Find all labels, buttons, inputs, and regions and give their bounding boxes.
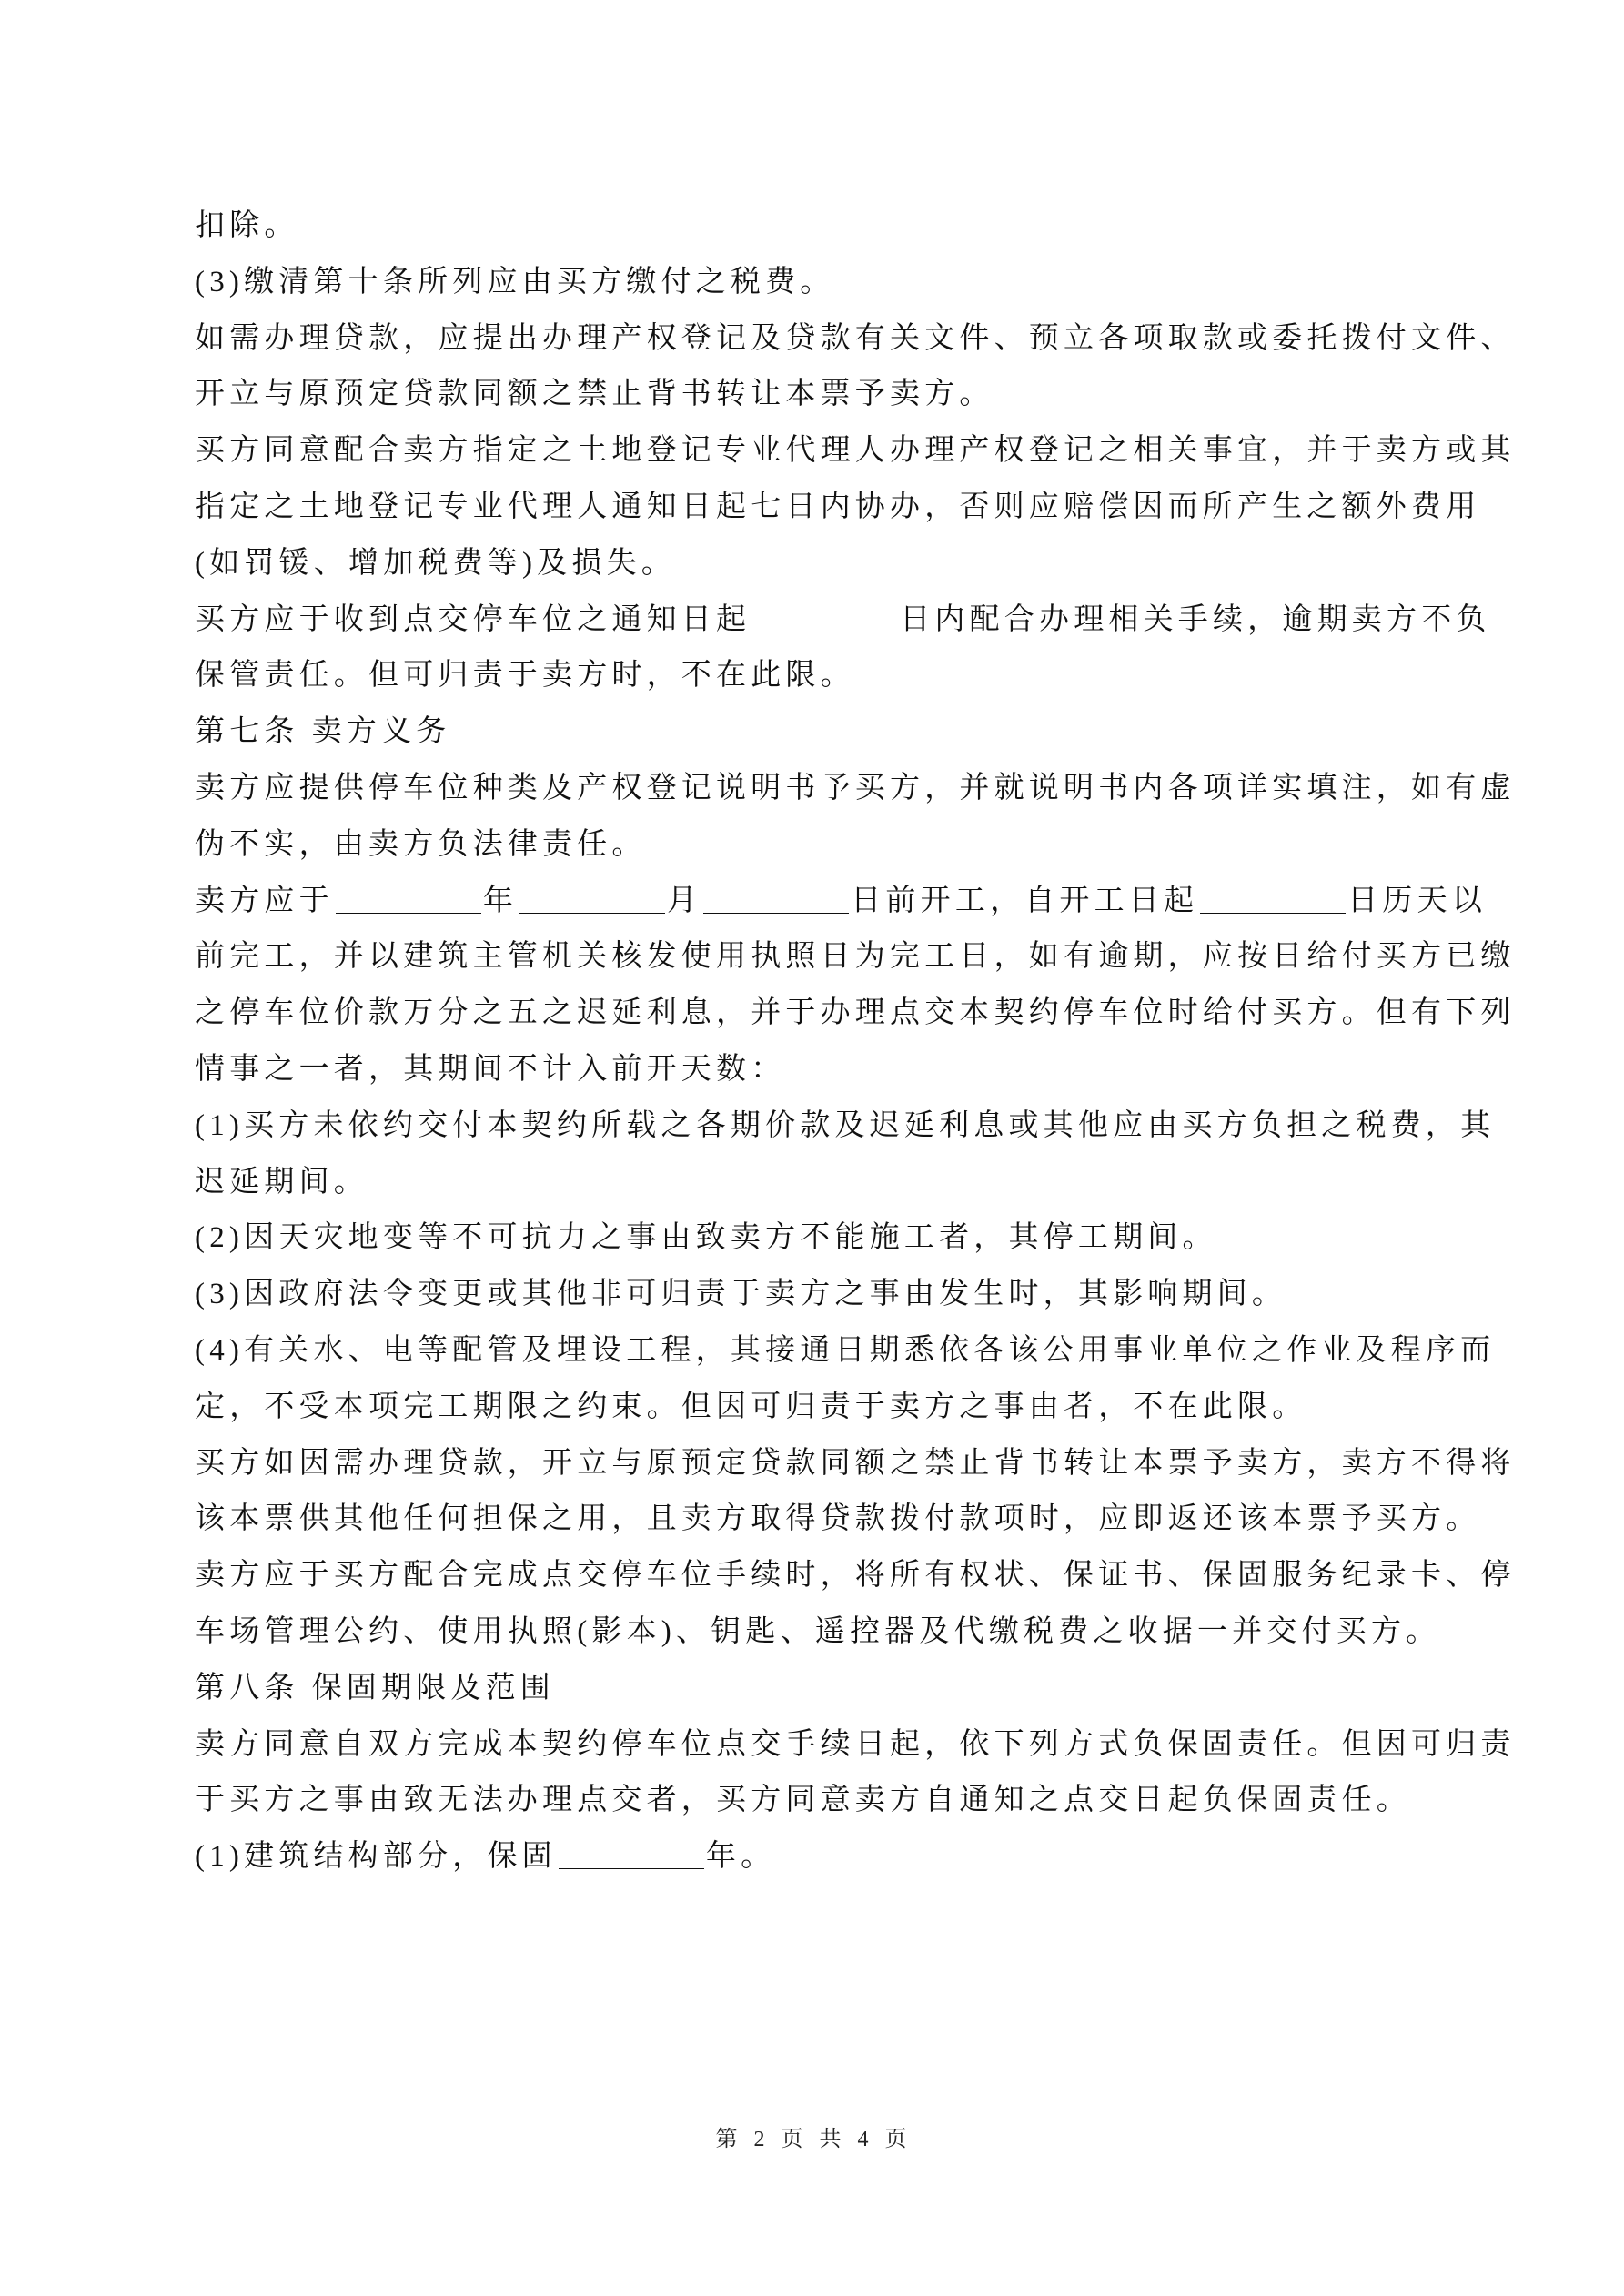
list-item: (2)因天灾地变等不可抗力之事由致卖方不能施工者，其停工期间。 xyxy=(195,1210,1432,1267)
list-item: (4)有关水、电等配管及埋设工程，其接通日期悉依各该公用事业单位之作业及程序而 xyxy=(195,1323,1432,1380)
text-line: 前完工，并以建筑主管机关核发使用执照日为完工日，如有逾期，应按日给付买方已缴 xyxy=(195,929,1432,986)
text-line: 开立与原预定贷款同额之禁止背书转让本票予卖方。 xyxy=(195,367,1432,423)
line-text: 情事之一者，其期间不计入前开天数： xyxy=(195,1053,785,1086)
text-line: 卖方应提供停车位种类及产权登记说明书予买方，并就说明书内各项详实填注，如有虚 xyxy=(195,761,1432,817)
line-text: 年。 xyxy=(706,1840,775,1873)
text-line: 扣除。 xyxy=(195,198,1432,255)
fill-in-blank-month xyxy=(519,885,665,914)
line-text: 日前开工，自开工日起 xyxy=(851,885,1198,917)
line-text: 卖方同意自双方完成本契约停车位点交手续日起，依下列方式负保固责任。但因可归责 xyxy=(195,1728,1516,1761)
text-line: 保管责任。但可归责于卖方时，不在此限。 xyxy=(195,648,1432,704)
line-text: 日历天以 xyxy=(1347,885,1487,917)
line-text: 车场管理公约、使用执照(影本)、钥匙、遥控器及代缴税费之收据一并交付买方。 xyxy=(195,1615,1440,1648)
line-text: 迟延期间。 xyxy=(195,1166,368,1199)
page-number-footer: 第 2 页 共 4 页 xyxy=(0,2120,1624,2152)
text-line: 情事之一者，其期间不计入前开天数： xyxy=(195,1042,1432,1098)
line-text: 日内配合办理相关手续，逾期卖方不负 xyxy=(900,603,1490,636)
line-text: 买方同意配合卖方指定之土地登记专业代理人办理产权登记之相关事宜，并于卖方或其 xyxy=(195,434,1516,467)
text-line-with-blank: 买方应于收到点交停车位之通知日起日内配合办理相关手续，逾期卖方不负 xyxy=(195,592,1432,649)
line-text: 定，不受本项完工期限之约束。但因可归责于卖方之事由者，不在此限。 xyxy=(195,1391,1306,1423)
fill-in-blank-day xyxy=(703,885,849,914)
line-text: 该本票供其他任何担保之用，且卖方取得贷款拨付款项时，应即返还该本票予买方。 xyxy=(195,1502,1480,1535)
article-heading-7: 第七条卖方义务 xyxy=(195,704,1432,761)
text-line: 车场管理公约、使用执照(影本)、钥匙、遥控器及代缴税费之收据一并交付买方。 xyxy=(195,1604,1432,1661)
line-text: 之停车位价款万分之五之迟延利息，并于办理点交本契约停车位时给付买方。但有下列 xyxy=(195,996,1516,1029)
list-item: (3)缴清第十条所列应由买方缴付之税费。 xyxy=(195,255,1432,311)
article-number: 第八条 xyxy=(195,1672,299,1704)
text-line: (如罚锾、增加税费等)及损失。 xyxy=(195,536,1432,592)
article-number: 第七条 xyxy=(195,715,299,748)
line-text: (3)因政府法令变更或其他非可归责于卖方之事由发生时，其影响期间。 xyxy=(195,1278,1286,1310)
article-title: 保固期限及范围 xyxy=(312,1672,555,1704)
line-text: (1)建筑结构部分，保固 xyxy=(195,1840,557,1873)
line-text: 卖方应于 xyxy=(195,885,334,917)
text-line: 之停车位价款万分之五之迟延利息，并于办理点交本契约停车位时给付买方。但有下列 xyxy=(195,986,1432,1042)
line-text: 买方如因需办理贷款，开立与原预定贷款同额之禁止背书转让本票予卖方，卖方不得将 xyxy=(195,1447,1516,1480)
article-heading-8: 第八条保固期限及范围 xyxy=(195,1661,1432,1717)
text-line: 如需办理贷款，应提出办理产权登记及贷款有关文件、预立各项取款或委托拨付文件、 xyxy=(195,311,1432,368)
article-title: 卖方义务 xyxy=(312,715,451,748)
line-text: 保管责任。但可归责于卖方时，不在此限。 xyxy=(195,659,855,692)
document-page: 扣除。 (3)缴清第十条所列应由买方缴付之税费。 如需办理贷款，应提出办理产权登… xyxy=(0,0,1624,2296)
line-text: 开立与原预定贷款同额之禁止背书转让本票予卖方。 xyxy=(195,378,994,410)
text-line: 伪不实，由卖方负法律责任。 xyxy=(195,817,1432,874)
line-text: (1)买方未依约交付本契约所载之各期价款及迟延利息或其他应由买方负担之税费，其 xyxy=(195,1109,1495,1142)
text-line: 卖方应于买方配合完成点交停车位手续时，将所有权状、保证书、保固服务纪录卡、停 xyxy=(195,1548,1432,1604)
fill-in-blank-warranty-years xyxy=(559,1841,704,1869)
line-text: 如需办理贷款，应提出办理产权登记及贷款有关文件、预立各项取款或委托拨付文件、 xyxy=(195,322,1516,355)
list-item: (1)买方未依约交付本契约所载之各期价款及迟延利息或其他应由买方负担之税费，其 xyxy=(195,1098,1432,1155)
line-text: 前完工，并以建筑主管机关核发使用执照日为完工日，如有逾期，应按日给付买方已缴 xyxy=(195,940,1516,973)
fill-in-blank-year xyxy=(336,885,481,914)
line-text: 扣除。 xyxy=(195,209,299,242)
line-text: (如罚锾、增加税费等)及损失。 xyxy=(195,547,676,580)
list-item-with-blank: (1)建筑结构部分，保固年。 xyxy=(195,1829,1432,1886)
text-line: 买方同意配合卖方指定之土地登记专业代理人办理产权登记之相关事宜，并于卖方或其 xyxy=(195,423,1432,480)
text-line: 于买方之事由致无法办理点交者，买方同意卖方自通知之点交日起负保固责任。 xyxy=(195,1773,1432,1829)
line-text: 伪不实，由卖方负法律责任。 xyxy=(195,828,647,861)
line-text: 卖方应于买方配合完成点交停车位手续时，将所有权状、保证书、保固服务纪录卡、停 xyxy=(195,1559,1516,1592)
text-line: 该本票供其他任何担保之用，且卖方取得贷款拨付款项时，应即返还该本票予买方。 xyxy=(195,1492,1432,1548)
line-text: 指定之土地登记专业代理人通知日起七日内协办，否则应赔偿因而所产生之额外费用 xyxy=(195,491,1480,523)
document-body: 扣除。 (3)缴清第十条所列应由买方缴付之税费。 如需办理贷款，应提出办理产权登… xyxy=(195,198,1432,1886)
fill-in-blank-days xyxy=(752,604,898,632)
text-line-with-blanks: 卖方应于年月日前开工，自开工日起日历天以 xyxy=(195,874,1432,930)
line-text: 月 xyxy=(667,885,701,917)
text-line: 买方如因需办理贷款，开立与原预定贷款同额之禁止背书转让本票予卖方，卖方不得将 xyxy=(195,1436,1432,1492)
line-text: (4)有关水、电等配管及埋设工程，其接通日期悉依各该公用事业单位之作业及程序而 xyxy=(195,1334,1495,1367)
line-text: (3)缴清第十条所列应由买方缴付之税费。 xyxy=(195,266,834,298)
text-line: 定，不受本项完工期限之约束。但因可归责于卖方之事由者，不在此限。 xyxy=(195,1380,1432,1436)
text-line: 迟延期间。 xyxy=(195,1155,1432,1211)
text-line: 指定之土地登记专业代理人通知日起七日内协办，否则应赔偿因而所产生之额外费用 xyxy=(195,480,1432,536)
line-text: 于买方之事由致无法办理点交者，买方同意卖方自通知之点交日起负保固责任。 xyxy=(195,1784,1411,1816)
list-item: (3)因政府法令变更或其他非可归责于卖方之事由发生时，其影响期间。 xyxy=(195,1267,1432,1323)
line-text: (2)因天灾地变等不可抗力之事由致卖方不能施工者，其停工期间。 xyxy=(195,1221,1217,1254)
line-text: 年 xyxy=(483,885,518,917)
fill-in-blank-calendar-days xyxy=(1200,885,1346,914)
line-text: 买方应于收到点交停车位之通知日起 xyxy=(195,603,751,636)
line-text: 卖方应提供停车位种类及产权登记说明书予买方，并就说明书内各项详实填注，如有虚 xyxy=(195,772,1516,804)
text-line: 卖方同意自双方完成本契约停车位点交手续日起，依下列方式负保固责任。但因可归责 xyxy=(195,1717,1432,1774)
